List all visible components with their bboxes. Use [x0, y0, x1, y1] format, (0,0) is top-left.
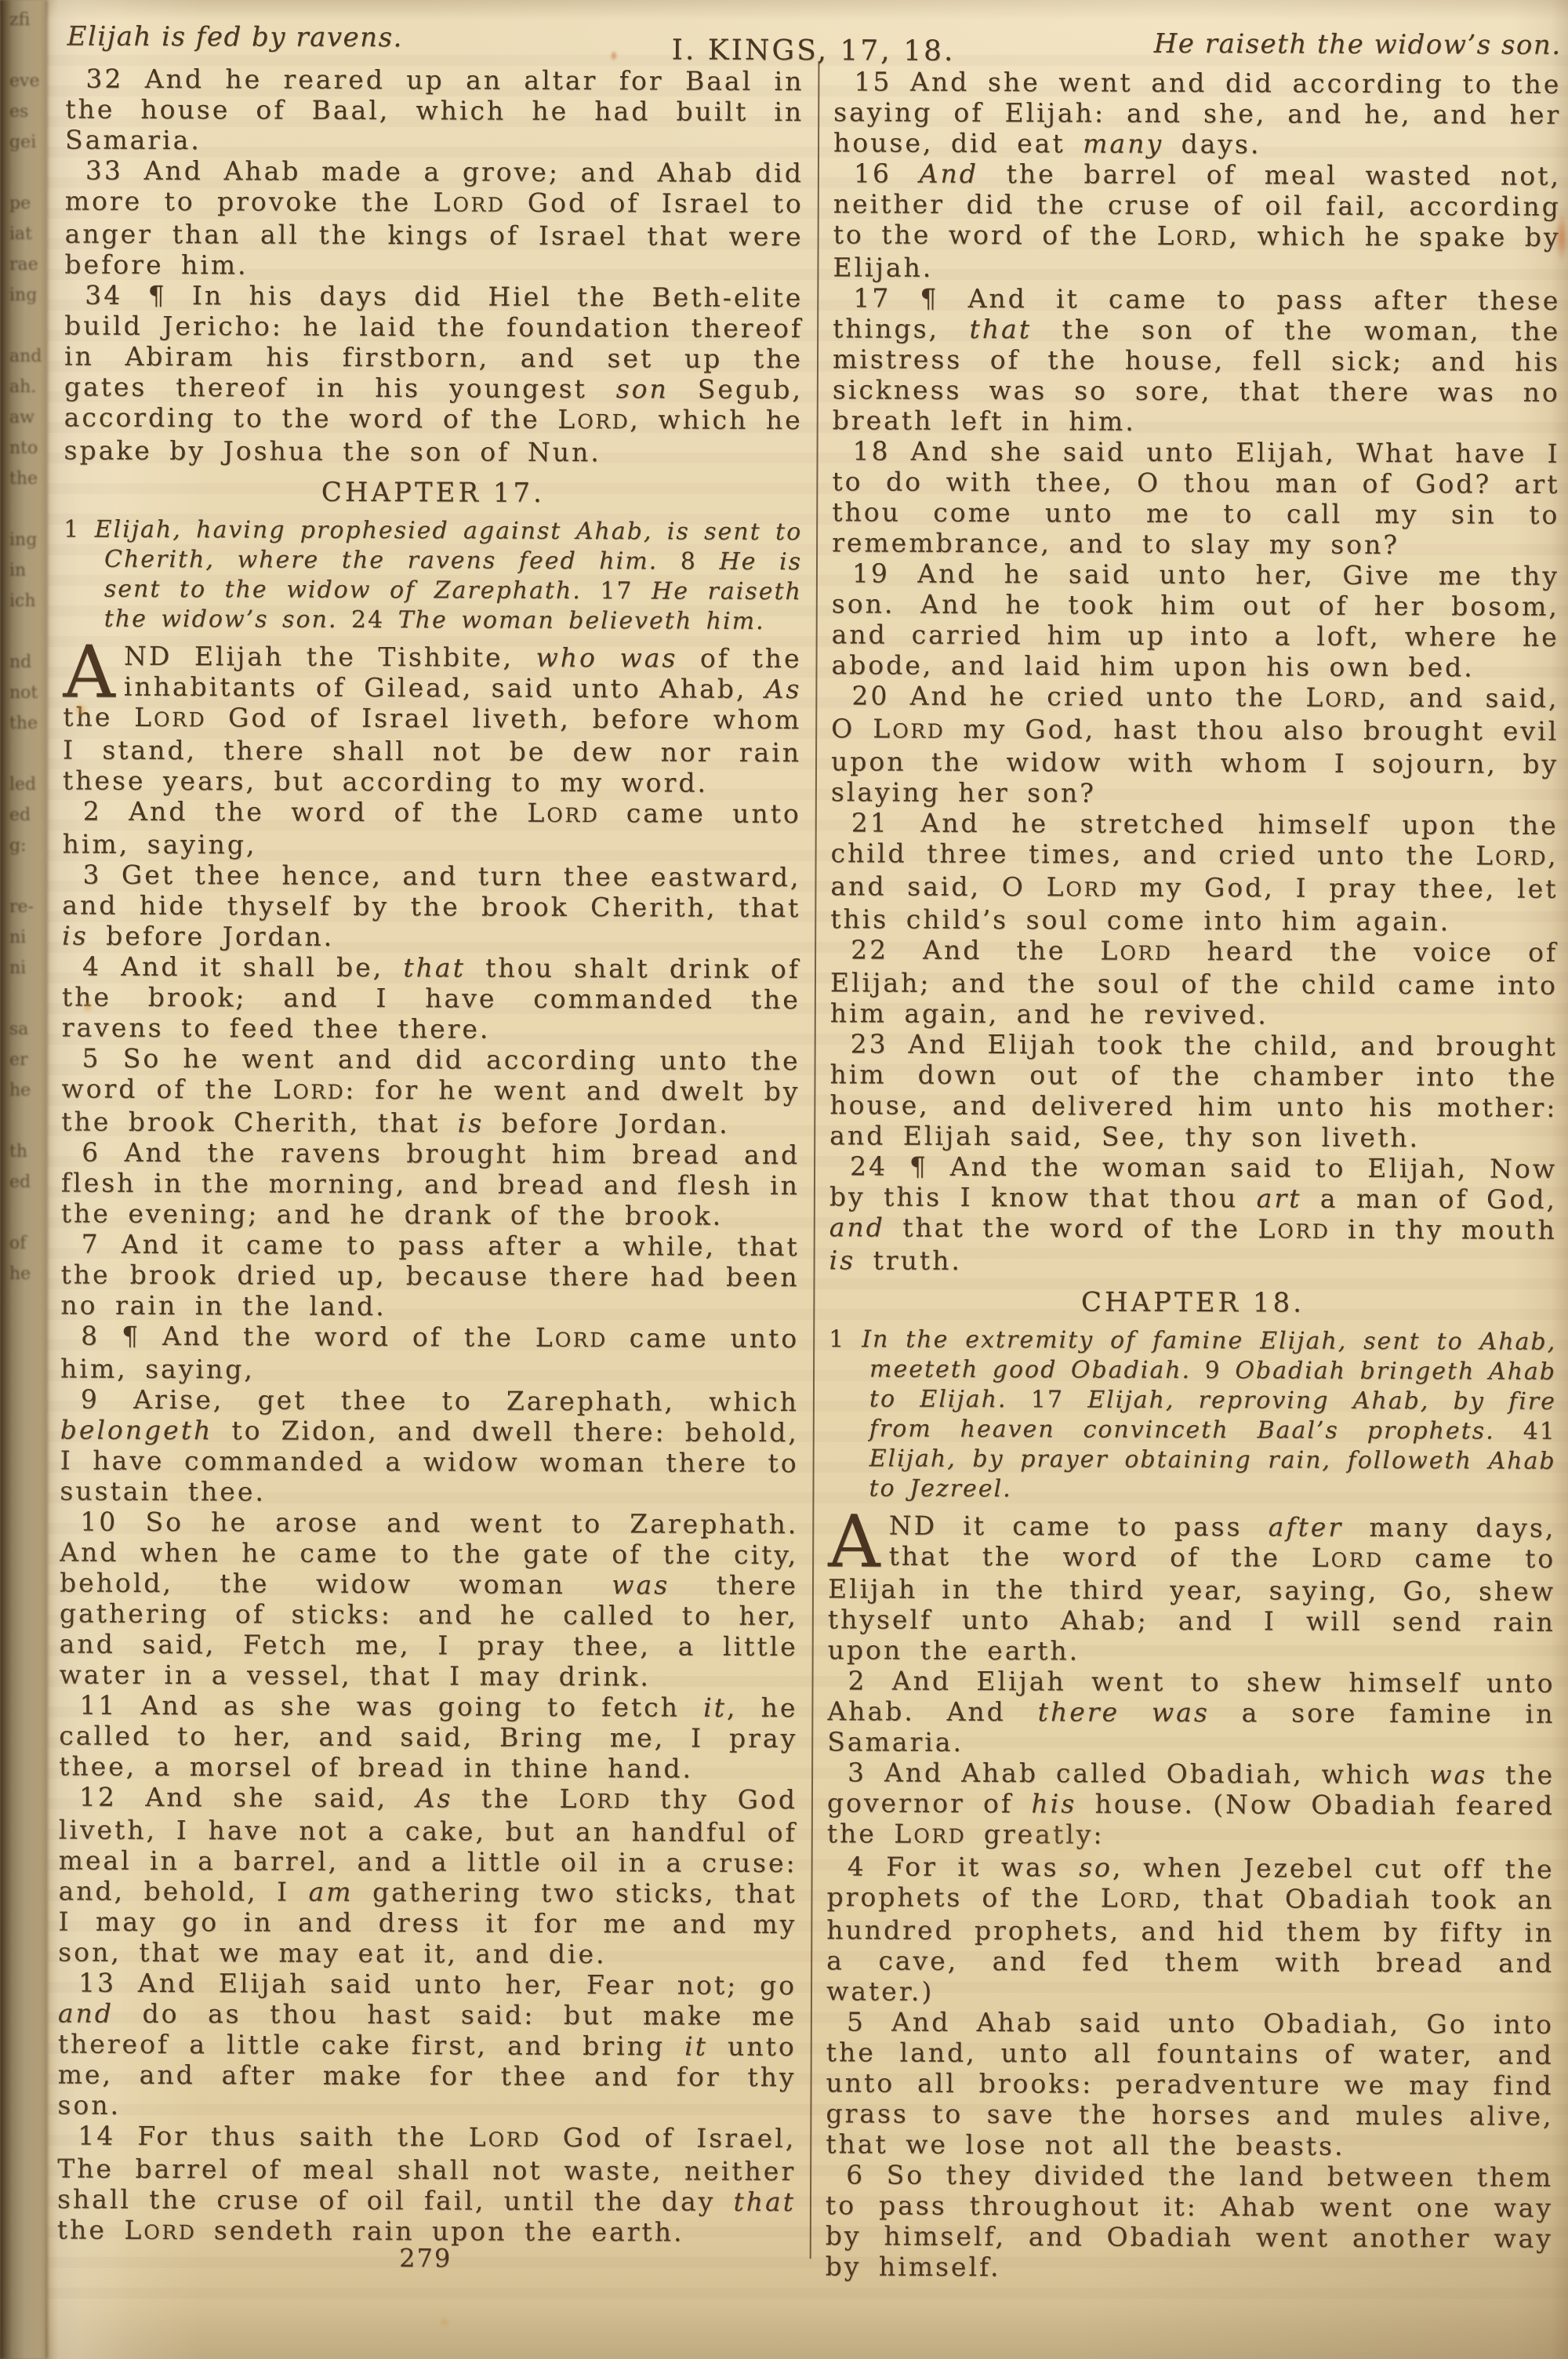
italic-word: As	[416, 1783, 453, 1813]
small-caps-lord: ORD	[143, 2221, 196, 2244]
text-run: days.	[1163, 129, 1261, 159]
text-run: 1	[64, 515, 95, 543]
italic-word: And	[920, 158, 978, 189]
small-caps-lord: ORD	[555, 1329, 608, 1351]
italic-word: that	[403, 952, 466, 983]
text-run: And the ravens brought him bread and fle…	[61, 1137, 800, 1231]
text-run: greatly:	[966, 1819, 1104, 1850]
column-divider-rule	[810, 61, 820, 2259]
italic-word: there was	[1038, 1696, 1210, 1728]
verse-number: 19	[852, 558, 917, 588]
verse: 34 ¶ In his days did Hiel the Beth-elite…	[64, 279, 803, 468]
verse-number: 7	[82, 1229, 122, 1259]
verse: 4 For it was so, when Jezebel cut off th…	[826, 1851, 1555, 2009]
verse-number: 16	[854, 158, 920, 188]
verse-number: 12	[79, 1782, 146, 1812]
text-run: Get thee hence, and turn thee eastward, …	[62, 860, 800, 923]
verse: 15 And she went and did according to the…	[833, 66, 1561, 161]
text-run: 1	[829, 1325, 862, 1353]
text-run: And the L	[923, 935, 1120, 966]
small-caps-lord: ORD	[292, 1081, 345, 1103]
verse: 16 And the barrel of meal wasted not, ne…	[833, 158, 1561, 285]
verse: 14 For thus saith the LORD God of Israel…	[57, 2120, 797, 2250]
running-head-left: Elijah is fed by ravens.	[67, 20, 403, 53]
verse: 12 And she said, As the LORD thy God liv…	[58, 1781, 797, 1970]
verse: AND Elijah the Tishbite, who was of the …	[63, 640, 802, 798]
small-caps-lord: ORD	[1065, 878, 1118, 900]
italic-word: many	[1083, 128, 1163, 158]
chapter-heading: CHAPTER 18.	[829, 1286, 1556, 1320]
text-run: the L	[63, 701, 154, 732]
text-run: the L	[452, 1783, 579, 1814]
verse-number: 32	[85, 64, 145, 94]
verse: 3 Get thee hence, and turn thee eastward…	[62, 859, 800, 954]
italic-word: his	[1031, 1788, 1076, 1819]
verse-number: 24	[850, 1150, 909, 1181]
italic-word: Elijah, by prayer obtaining rain, follow…	[869, 1445, 1555, 1503]
running-head-title: I. KINGS, 17, 18.	[672, 34, 956, 67]
verse-number: 33	[85, 155, 144, 186]
text-run: 8	[658, 547, 719, 575]
italic-word: belongeth	[60, 1414, 213, 1445]
small-caps-lord: ORD	[1120, 1889, 1173, 1912]
text-run: And he stretched himself upon the child …	[831, 808, 1559, 871]
running-head-right: He raiseth the widow’s son.	[1154, 28, 1562, 61]
text-run: 41	[1495, 1417, 1556, 1445]
text-run: And Ahab called Obadiah, which	[884, 1757, 1429, 1790]
verse: 2 And Elijah went to shew himself unto A…	[827, 1665, 1555, 1760]
text-run: before Jordan.	[89, 921, 335, 952]
text-run: the L	[57, 2214, 144, 2245]
small-caps-lord: ORD	[1277, 1219, 1330, 1242]
small-caps-lord: ORD	[1495, 846, 1548, 869]
bible-page-photo: zfieveesgeipeiatraeingandah.awntotheingi…	[0, 0, 1568, 2359]
text-run: that the word of the L	[885, 1212, 1278, 1244]
small-caps-lord: ORD	[546, 804, 599, 827]
verse: 5 So he went and did according unto the …	[61, 1042, 800, 1140]
italic-word: so	[1079, 1852, 1112, 1882]
text-run: a man of God,	[1301, 1183, 1557, 1215]
small-caps-lord: ORD	[892, 720, 945, 743]
italic-word: art	[1257, 1183, 1302, 1213]
verse-number: 18	[852, 435, 910, 466]
verse-number: 4	[848, 1851, 887, 1881]
verse-number: 10	[80, 1507, 145, 1537]
verse: 5 And Ahab said unto Obadiah, Go into th…	[826, 2006, 1554, 2162]
italic-word: it	[684, 2031, 708, 2062]
verse: 32 And he reared up an altar for Baal in…	[65, 63, 804, 158]
verse-number: 5	[82, 1043, 123, 1074]
drop-cap: A	[828, 1514, 883, 1570]
small-caps-lord: ORD	[1120, 942, 1172, 965]
verse: 6 And the ravens brought him bread and f…	[61, 1136, 800, 1231]
text-run: ND it came to pass	[889, 1510, 1269, 1543]
verse: 7 And it came to pass after a while, tha…	[60, 1228, 799, 1323]
small-caps-lord: ORD	[579, 1790, 631, 1812]
italic-word: am	[308, 1877, 353, 1907]
text-run: 24	[337, 606, 397, 634]
italic-word: and	[829, 1212, 885, 1242]
text-run: And he said unto her, Give me thy son. A…	[831, 558, 1559, 683]
drop-cap: A	[63, 644, 118, 700]
verse-number: 4	[82, 951, 121, 982]
small-caps-lord: ORD	[488, 2128, 541, 2151]
verse-number: 20	[851, 680, 909, 711]
verse: 19 And he said unto her, Give me thy son…	[831, 558, 1559, 683]
chapter-summary: 1 In the extremity of famine Elijah, sen…	[828, 1325, 1556, 1507]
chapter-summary: 1 Elijah, having prophesied against Ahab…	[64, 514, 803, 637]
verse-number: 5	[847, 2006, 891, 2037]
italic-word: that	[733, 2186, 796, 2217]
text-run: For thus saith the L	[137, 2121, 488, 2153]
verse-number: 3	[848, 1757, 884, 1787]
verse-number: 6	[846, 2159, 887, 2190]
verse-number: 34	[85, 280, 147, 311]
text-run: And she said,	[145, 1782, 416, 1813]
verse: 10 So he arose and went to Zarephath. An…	[59, 1506, 798, 1692]
column-left: 32 And he reared up an altar for Baal in…	[57, 63, 804, 2250]
text-run: 9	[1191, 1357, 1235, 1384]
small-caps-lord: ORD	[1176, 227, 1229, 249]
verse-number: 9	[81, 1384, 133, 1415]
verse-number: 22	[851, 934, 923, 965]
page-content: Elijah is fed by ravens. I. KINGS, 17, 1…	[0, 0, 1568, 2359]
verse-number: 11	[79, 1690, 140, 1721]
text-run: truth.	[855, 1245, 962, 1276]
verse: 9 Arise, get thee to Zarephath, which be…	[60, 1383, 799, 1509]
verse: 8 ¶ And the word of the LORD came unto h…	[60, 1320, 799, 1387]
italic-word: and	[58, 1997, 114, 2028]
italic-word: that	[969, 314, 1032, 344]
text-run: And he cried unto the L	[910, 681, 1326, 713]
italic-word: The woman believeth him.	[398, 606, 765, 635]
verse: 17 ¶ And it came to pass after these thi…	[833, 282, 1561, 438]
text-run: And it shall be,	[121, 951, 403, 983]
italic-word: after	[1269, 1511, 1344, 1542]
verse: 18 And she said unto Elijah, What have I…	[832, 435, 1560, 561]
text-run: And Elijah took the child, and brought h…	[829, 1029, 1558, 1154]
small-caps-lord: ORD	[154, 708, 206, 731]
text-run: And the word of the L	[129, 796, 546, 828]
small-caps-lord: ORD	[913, 1825, 966, 1848]
text-run: Arise, get thee to Zarephath, which	[133, 1384, 799, 1417]
text-run: And Elijah said unto her, Fear not; go	[138, 1968, 797, 2001]
page-number: 279	[399, 2243, 452, 2273]
text-run: 17	[1007, 1386, 1087, 1413]
text-run: sendeth rain upon the earth.	[196, 2215, 684, 2247]
small-caps-lord: ORD	[1331, 1549, 1384, 1572]
text-run: And she said unto Elijah, What have I to…	[832, 436, 1560, 560]
verse: 4 And it shall be, that thou shalt drink…	[62, 951, 800, 1045]
italic-word: was	[612, 1569, 670, 1600]
italic-word: As	[765, 674, 802, 704]
verse: 13 And Elijah said unto her, Fear not; g…	[57, 1967, 797, 2123]
small-caps-lord: ORD	[1325, 689, 1377, 711]
text-run: ND Elijah the Tishbite,	[124, 641, 536, 673]
text-run: For it was	[886, 1852, 1079, 1883]
verse: 11 And as she was going to fetch it, he …	[59, 1689, 797, 1784]
verse: 33 And Ahab made a grove; and Ahab did m…	[64, 154, 804, 282]
verse-number: 14	[78, 2121, 137, 2151]
text-run: And as she was going to fetch	[141, 1690, 704, 1723]
verse-number: 15	[854, 66, 910, 96]
verse: 3 And Ahab called Obadiah, which was the…	[827, 1757, 1555, 1854]
verse: 6 So they divided the land between them …	[826, 2159, 1554, 2284]
verse-number: 2	[83, 796, 129, 827]
text-run: And he reared up an altar for Baal in th…	[65, 64, 804, 155]
verse-number: 21	[851, 807, 921, 838]
small-caps-lord: ORD	[452, 193, 505, 216]
verse: 22 And the LORD heard the voice of Elija…	[830, 934, 1558, 1031]
verse-number: 2	[848, 1665, 891, 1696]
verse-number: 6	[82, 1137, 125, 1168]
verse: 2 And the word of the LORD came unto him…	[63, 795, 801, 862]
text-run: in thy mouth	[1330, 1214, 1557, 1245]
text-run: So they divided the land between them to…	[826, 2160, 1554, 2283]
text-run: 17	[582, 577, 652, 605]
italic-word: it	[703, 1692, 727, 1723]
italic-word: is	[62, 920, 89, 951]
text-run: ¶ And the word of the L	[122, 1321, 555, 1353]
verse-number: 8	[81, 1321, 122, 1351]
verse: 21 And he stretched himself upon the chi…	[830, 807, 1559, 937]
column-right: 15 And she went and did according to the…	[826, 66, 1562, 2284]
verse-number: 13	[78, 1968, 138, 1998]
verse: AND it came to pass after many days, tha…	[828, 1510, 1556, 1668]
text-run: And Ahab said unto Obadiah, Go into the …	[826, 2007, 1554, 2161]
verse: 24 ¶ And the woman said to Elijah, Now b…	[829, 1150, 1558, 1278]
small-caps-lord: ORD	[577, 410, 630, 433]
italic-word: son	[616, 373, 669, 404]
chapter-heading: CHAPTER 17.	[64, 476, 802, 510]
italic-word: who was	[536, 642, 678, 674]
verse-number: 3	[82, 860, 122, 890]
verse: 23 And Elijah took the child, and brough…	[829, 1028, 1558, 1154]
text-run: And it came to pass after a while, that …	[60, 1229, 799, 1321]
verse-number: 17	[853, 282, 920, 313]
italic-word: was	[1429, 1759, 1487, 1790]
italic-word: is	[458, 1107, 485, 1138]
text-run: before Jordan.	[484, 1108, 730, 1140]
verse-number: 23	[851, 1028, 909, 1059]
verse: 20 And he cried unto the LORD, and said,…	[831, 680, 1559, 810]
italic-word: is	[829, 1245, 856, 1275]
